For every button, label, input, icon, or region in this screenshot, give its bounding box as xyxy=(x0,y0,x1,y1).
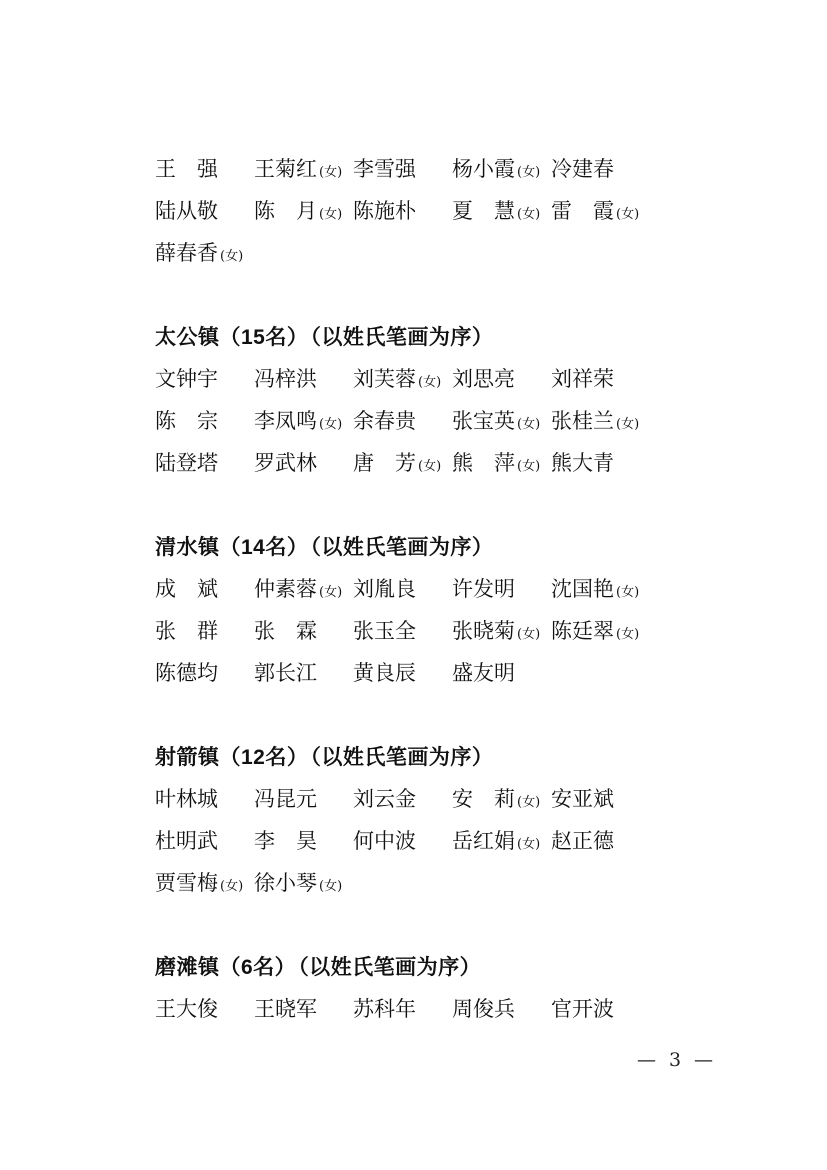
person-name: 雷 霞 xyxy=(551,199,614,223)
person-name: 官开波 xyxy=(551,997,614,1021)
person-name: 陈 宗 xyxy=(155,409,218,433)
name-cell: 赵正德 xyxy=(551,820,650,862)
name-cell: 刘云金 xyxy=(353,778,452,820)
sort-order-note: （以姓氏笔画为序） xyxy=(310,744,493,769)
female-marker: (女) xyxy=(616,585,639,600)
female-marker: (女) xyxy=(517,165,540,180)
person-name: 李 昊 xyxy=(254,829,317,853)
name-cell: 成 斌 xyxy=(155,568,254,610)
person-name: 冯梓洪 xyxy=(254,367,317,391)
person-name: 李雪强 xyxy=(353,157,416,181)
name-cell: 文钟宇 xyxy=(155,358,254,400)
female-marker: (女) xyxy=(517,837,540,852)
person-name: 冯昆元 xyxy=(254,787,317,811)
person-name: 王晓军 xyxy=(254,997,317,1021)
name-cell: 李雪强 xyxy=(353,148,452,190)
female-marker: (女) xyxy=(616,417,639,432)
name-cell: 杨小霞(女) xyxy=(452,148,551,190)
name-cell: 贾雪梅(女) xyxy=(155,862,254,904)
person-name: 沈国艳 xyxy=(551,577,614,601)
person-name: 冷建春 xyxy=(551,157,614,181)
document-page: 王 强王菊红(女)李雪强杨小霞(女)冷建春陆从敬陈 月(女)陈施朴夏 慧(女)雷… xyxy=(0,0,827,1170)
female-marker: (女) xyxy=(220,879,243,894)
female-marker: (女) xyxy=(319,879,342,894)
name-cell: 张 群 xyxy=(155,610,254,652)
name-cell: 薛春香(女) xyxy=(155,232,254,274)
name-cell: 熊大青 xyxy=(551,442,650,484)
female-marker: (女) xyxy=(517,417,540,432)
person-name: 苏科年 xyxy=(353,997,416,1021)
name-cell: 刘祥荣 xyxy=(551,358,650,400)
person-name: 何中波 xyxy=(353,829,416,853)
sort-order-note: （以姓氏笔画为序） xyxy=(298,954,481,979)
name-cell: 苏科年 xyxy=(353,988,452,1030)
person-name: 李凤鸣 xyxy=(254,409,317,433)
person-name: 张宝英 xyxy=(452,409,515,433)
sort-order-note: （以姓氏笔画为序） xyxy=(310,534,493,559)
person-name: 周俊兵 xyxy=(452,997,515,1021)
female-marker: (女) xyxy=(319,207,342,222)
name-cell: 冯昆元 xyxy=(254,778,353,820)
female-marker: (女) xyxy=(220,249,243,264)
person-name: 王 强 xyxy=(155,157,218,181)
person-name: 张 群 xyxy=(155,619,218,643)
person-name: 陈德均 xyxy=(155,661,218,685)
person-name: 熊 萍 xyxy=(452,451,515,475)
name-row: 张 群张 霖张玉全张晓菊(女)陈廷翠(女) xyxy=(155,610,720,652)
person-name: 赵正德 xyxy=(551,829,614,853)
town-section: 磨滩镇（6名）（以姓氏笔画为序）王大俊王晓军苏科年周俊兵官开波 xyxy=(155,946,720,1030)
name-cell: 张 霖 xyxy=(254,610,353,652)
name-cell: 黄良辰 xyxy=(353,652,452,694)
name-row: 陆登塔罗武林唐 芳(女)熊 萍(女)熊大青 xyxy=(155,442,720,484)
name-cell: 罗武林 xyxy=(254,442,353,484)
name-cell: 王晓军 xyxy=(254,988,353,1030)
page-footer: —3— xyxy=(605,1048,745,1072)
town-section: 太公镇（15名）（以姓氏笔画为序）文钟宇冯梓洪刘芙蓉(女)刘思亮刘祥荣陈 宗李凤… xyxy=(155,316,720,484)
section-heading: 磨滩镇（6名）（以姓氏笔画为序） xyxy=(155,946,720,988)
person-name: 薛春香 xyxy=(155,241,218,265)
person-name: 成 斌 xyxy=(155,577,218,601)
name-cell: 张晓菊(女) xyxy=(452,610,551,652)
name-row: 薛春香(女) xyxy=(155,232,720,274)
person-name: 岳红娟 xyxy=(452,829,515,853)
town-section: 王 强王菊红(女)李雪强杨小霞(女)冷建春陆从敬陈 月(女)陈施朴夏 慧(女)雷… xyxy=(155,148,720,274)
name-cell: 陈德均 xyxy=(155,652,254,694)
person-name: 陆登塔 xyxy=(155,451,218,475)
name-cell: 安亚斌 xyxy=(551,778,650,820)
name-cell: 熊 萍(女) xyxy=(452,442,551,484)
name-row: 成 斌仲素蓉(女)刘胤良许发明沈国艳(女) xyxy=(155,568,720,610)
name-cell: 李凤鸣(女) xyxy=(254,400,353,442)
name-row: 王 强王菊红(女)李雪强杨小霞(女)冷建春 xyxy=(155,148,720,190)
name-row: 陈 宗李凤鸣(女)余春贵张宝英(女)张桂兰(女) xyxy=(155,400,720,442)
female-marker: (女) xyxy=(517,795,540,810)
female-marker: (女) xyxy=(319,417,342,432)
name-cell: 仲素蓉(女) xyxy=(254,568,353,610)
name-cell: 王菊红(女) xyxy=(254,148,353,190)
footer-left-dash: — xyxy=(637,1049,656,1071)
name-cell: 陈廷翠(女) xyxy=(551,610,650,652)
name-cell: 周俊兵 xyxy=(452,988,551,1030)
name-cell: 张桂兰(女) xyxy=(551,400,650,442)
person-name: 刘胤良 xyxy=(353,577,416,601)
name-cell: 安 莉(女) xyxy=(452,778,551,820)
person-name: 张玉全 xyxy=(353,619,416,643)
person-name: 熊大青 xyxy=(551,451,614,475)
name-row: 杜明武李 昊何中波岳红娟(女)赵正德 xyxy=(155,820,720,862)
female-marker: (女) xyxy=(517,459,540,474)
female-marker: (女) xyxy=(616,627,639,642)
name-cell: 李 昊 xyxy=(254,820,353,862)
female-marker: (女) xyxy=(319,585,342,600)
name-cell: 岳红娟(女) xyxy=(452,820,551,862)
person-name: 陈廷翠 xyxy=(551,619,614,643)
name-cell: 官开波 xyxy=(551,988,650,1030)
town-title: 磨滩镇（6名） xyxy=(155,956,296,979)
name-cell: 徐小琴(女) xyxy=(254,862,353,904)
name-cell: 郭长江 xyxy=(254,652,353,694)
name-cell: 王 强 xyxy=(155,148,254,190)
name-row: 王大俊王晓军苏科年周俊兵官开波 xyxy=(155,988,720,1030)
name-cell: 杜明武 xyxy=(155,820,254,862)
person-name: 文钟宇 xyxy=(155,367,218,391)
person-name: 安亚斌 xyxy=(551,787,614,811)
section-heading: 太公镇（15名）（以姓氏笔画为序） xyxy=(155,316,720,358)
person-name: 夏 慧 xyxy=(452,199,515,223)
name-cell: 何中波 xyxy=(353,820,452,862)
name-cell: 叶林城 xyxy=(155,778,254,820)
female-marker: (女) xyxy=(517,207,540,222)
town-title: 清水镇（14名） xyxy=(155,536,308,559)
person-name: 张桂兰 xyxy=(551,409,614,433)
person-name: 张 霖 xyxy=(254,619,317,643)
town-title: 射箭镇（12名） xyxy=(155,746,308,769)
person-name: 叶林城 xyxy=(155,787,218,811)
name-row: 陈德均郭长江黄良辰盛友明 xyxy=(155,652,720,694)
section-heading: 射箭镇（12名）（以姓氏笔画为序） xyxy=(155,736,720,778)
female-marker: (女) xyxy=(616,207,639,222)
name-cell: 陆登塔 xyxy=(155,442,254,484)
footer-right-dash: — xyxy=(694,1049,713,1071)
town-section: 射箭镇（12名）（以姓氏笔画为序）叶林城冯昆元刘云金安 莉(女)安亚斌杜明武李 … xyxy=(155,736,720,904)
person-name: 黄良辰 xyxy=(353,661,416,685)
name-cell: 夏 慧(女) xyxy=(452,190,551,232)
name-row: 叶林城冯昆元刘云金安 莉(女)安亚斌 xyxy=(155,778,720,820)
sort-order-note: （以姓氏笔画为序） xyxy=(310,324,493,349)
name-cell: 冯梓洪 xyxy=(254,358,353,400)
name-cell: 刘胤良 xyxy=(353,568,452,610)
name-cell: 盛友明 xyxy=(452,652,551,694)
person-name: 刘思亮 xyxy=(452,367,515,391)
name-cell: 许发明 xyxy=(452,568,551,610)
person-name: 唐 芳 xyxy=(353,451,416,475)
name-cell: 张宝英(女) xyxy=(452,400,551,442)
person-name: 余春贵 xyxy=(353,409,416,433)
name-row: 文钟宇冯梓洪刘芙蓉(女)刘思亮刘祥荣 xyxy=(155,358,720,400)
person-name: 杨小霞 xyxy=(452,157,515,181)
female-marker: (女) xyxy=(418,459,441,474)
name-cell: 张玉全 xyxy=(353,610,452,652)
page-number: 3 xyxy=(669,1049,681,1071)
name-cell: 唐 芳(女) xyxy=(353,442,452,484)
person-name: 杜明武 xyxy=(155,829,218,853)
person-name: 郭长江 xyxy=(254,661,317,685)
name-cell: 刘芙蓉(女) xyxy=(353,358,452,400)
person-name: 陈 月 xyxy=(254,199,317,223)
person-name: 陆从敬 xyxy=(155,199,218,223)
name-cell: 陈施朴 xyxy=(353,190,452,232)
section-heading: 清水镇（14名）（以姓氏笔画为序） xyxy=(155,526,720,568)
person-name: 刘云金 xyxy=(353,787,416,811)
name-row: 贾雪梅(女)徐小琴(女) xyxy=(155,862,720,904)
person-name: 许发明 xyxy=(452,577,515,601)
person-name: 徐小琴 xyxy=(254,871,317,895)
female-marker: (女) xyxy=(319,165,342,180)
name-cell: 陈 宗 xyxy=(155,400,254,442)
female-marker: (女) xyxy=(517,627,540,642)
name-row: 陆从敬陈 月(女)陈施朴夏 慧(女)雷 霞(女) xyxy=(155,190,720,232)
name-cell: 雷 霞(女) xyxy=(551,190,650,232)
person-name: 刘芙蓉 xyxy=(353,367,416,391)
person-name: 安 莉 xyxy=(452,787,515,811)
name-cell: 陈 月(女) xyxy=(254,190,353,232)
person-name: 贾雪梅 xyxy=(155,871,218,895)
female-marker: (女) xyxy=(418,375,441,390)
person-name: 盛友明 xyxy=(452,661,515,685)
name-cell: 冷建春 xyxy=(551,148,650,190)
person-name: 张晓菊 xyxy=(452,619,515,643)
person-name: 仲素蓉 xyxy=(254,577,317,601)
person-name: 刘祥荣 xyxy=(551,367,614,391)
name-cell: 王大俊 xyxy=(155,988,254,1030)
person-name: 陈施朴 xyxy=(353,199,416,223)
name-cell: 陆从敬 xyxy=(155,190,254,232)
document-body: 王 强王菊红(女)李雪强杨小霞(女)冷建春陆从敬陈 月(女)陈施朴夏 慧(女)雷… xyxy=(155,148,720,1030)
name-cell: 余春贵 xyxy=(353,400,452,442)
town-title: 太公镇（15名） xyxy=(155,326,308,349)
name-cell: 刘思亮 xyxy=(452,358,551,400)
person-name: 王大俊 xyxy=(155,997,218,1021)
town-section: 清水镇（14名）（以姓氏笔画为序）成 斌仲素蓉(女)刘胤良许发明沈国艳(女)张 … xyxy=(155,526,720,694)
person-name: 王菊红 xyxy=(254,157,317,181)
name-cell: 沈国艳(女) xyxy=(551,568,650,610)
person-name: 罗武林 xyxy=(254,451,317,475)
